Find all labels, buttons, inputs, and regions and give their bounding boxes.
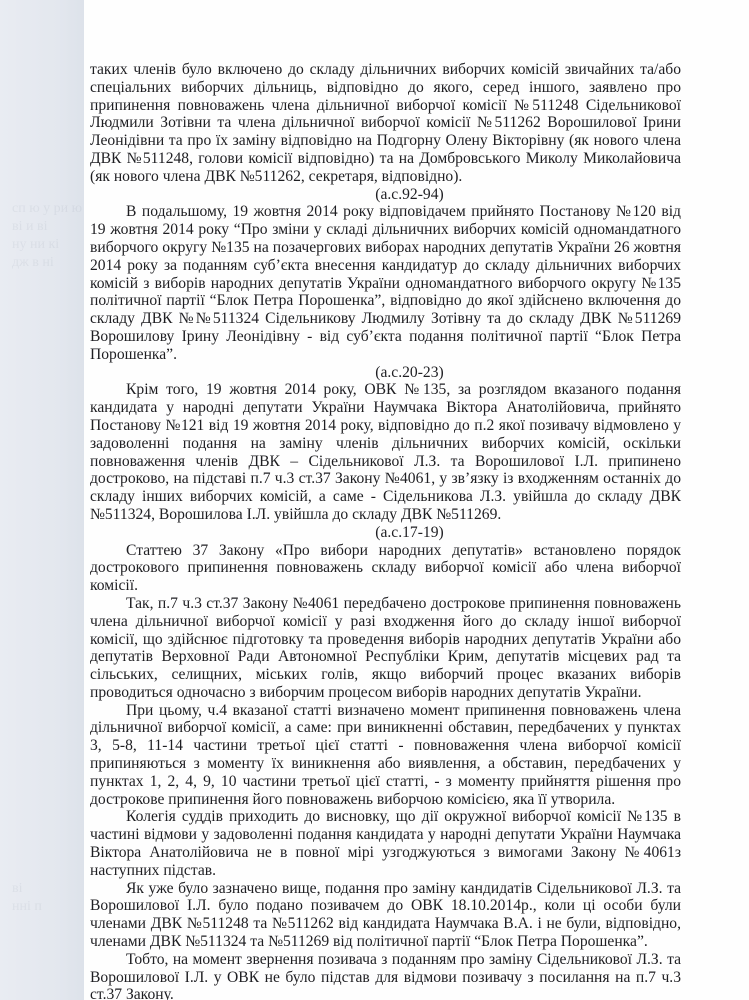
bleed-through-text: ну ни кі bbox=[12, 236, 59, 254]
paragraph: Колегія суддів приходить до висновку, що… bbox=[90, 808, 681, 879]
paragraph: Крім того, 19 жовтня 2014 року, ОВК №135… bbox=[90, 381, 681, 523]
paragraph: таких членів було включено до складу діл… bbox=[90, 61, 681, 186]
paragraph: При цьому, ч.4 вказаної статті визначено… bbox=[90, 702, 681, 809]
document-body: таких членів було включено до складу діл… bbox=[90, 61, 681, 1000]
case-file-reference: (а.с.92-94) bbox=[90, 186, 681, 204]
case-file-reference: (а.с.17-19) bbox=[90, 524, 681, 542]
bleed-through-text: нні п bbox=[12, 898, 42, 916]
paragraph: В подальшому, 19 жовтня 2014 року відпов… bbox=[90, 203, 681, 363]
document-page: таких членів було включено до складу діл… bbox=[84, 0, 749, 1000]
bleed-through-text: ві и ві bbox=[12, 218, 48, 236]
bleed-through-text: сп ю у ри ю тві bbox=[12, 200, 84, 218]
paragraph: Як уже було зазначено вище, подання про … bbox=[90, 880, 681, 951]
case-file-reference: (а.с.20-23) bbox=[90, 364, 681, 382]
scan-edge-shadow: сп ю у ри ю тві ві и ві ну ни кі дж в ні… bbox=[0, 0, 84, 1000]
paragraph: Тобто, на момент звернення позивача з по… bbox=[90, 951, 681, 1000]
bleed-through-text: ві bbox=[12, 880, 23, 898]
bleed-through-text: дж в ні bbox=[12, 254, 54, 272]
paragraph: Статтею 37 Закону «Про вибори народних д… bbox=[90, 542, 681, 595]
paragraph: Так, п.7 ч.3 ст.37 Закону №4061 передбач… bbox=[90, 595, 681, 702]
